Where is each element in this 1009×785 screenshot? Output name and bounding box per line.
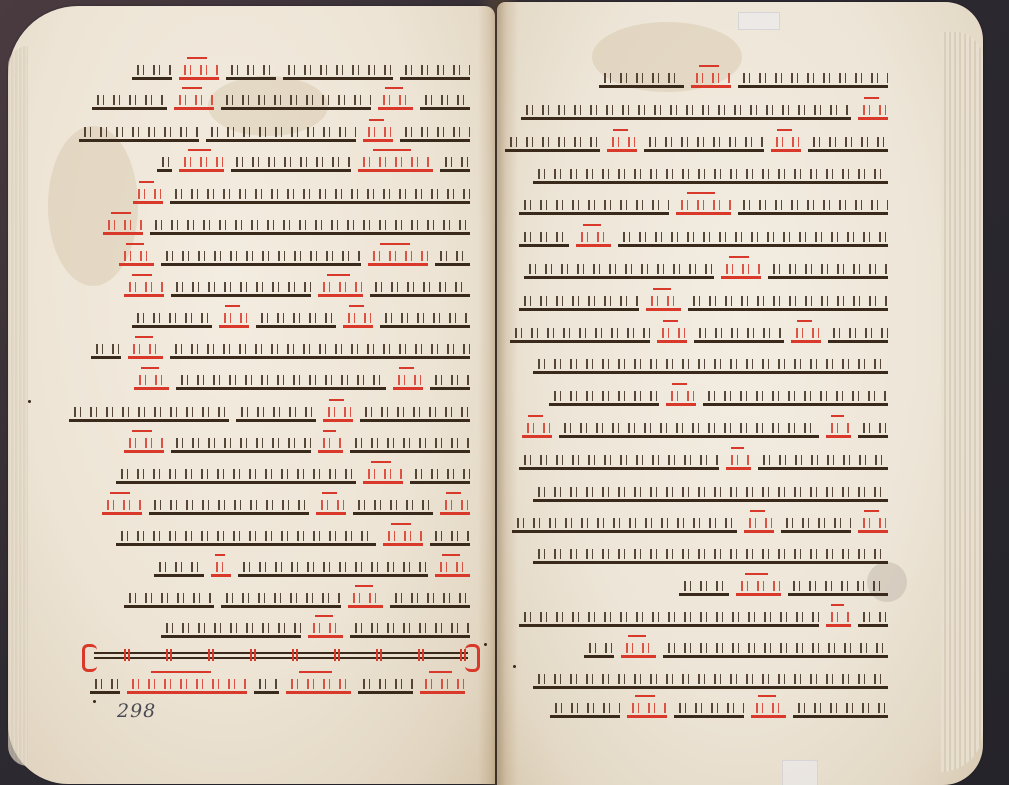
script-word [521,103,851,120]
rubric-word [691,71,731,88]
script-word [350,436,470,453]
rubric-word [621,641,656,658]
rubric-word [435,560,470,577]
rubric-word [124,280,164,297]
manuscript-line [119,244,470,266]
rubric-word [383,529,423,546]
script-word [768,262,888,279]
script-word [149,498,309,515]
script-word [238,560,428,577]
script-word [154,560,204,577]
script-word [858,610,888,627]
manuscript-line [124,586,470,608]
script-word [549,389,659,406]
ornamental-band [82,646,480,664]
script-word [360,405,470,422]
rubric-word [627,701,667,718]
script-word [738,198,888,215]
script-word [116,467,356,484]
script-word [380,311,470,328]
script-word [519,610,819,627]
manuscript-line [522,416,888,438]
script-word [254,677,279,694]
manuscript-line [512,511,888,533]
script-word [370,280,470,297]
rubric-word [646,294,681,311]
script-word [858,421,888,438]
script-word [90,677,120,694]
rubric-word [133,187,163,204]
gutter [478,0,518,785]
script-word [231,155,351,172]
script-word [124,591,214,608]
script-word [226,63,276,80]
script-word [550,701,620,718]
script-word [400,125,470,142]
script-word [533,357,888,374]
manuscript-line [533,480,888,502]
manuscript-line [79,120,470,142]
manuscript-line [519,289,888,311]
manuscript-line [132,306,470,328]
script-word [510,326,650,343]
script-word [350,621,470,638]
script-word [533,672,888,689]
rubric-word [179,63,219,80]
manuscript-line [519,605,888,627]
manuscript-line [519,193,888,215]
script-word [170,187,470,204]
rubric-word [368,249,428,266]
manuscript-line [533,542,888,564]
script-word [679,579,729,596]
rubric-word [420,677,465,694]
manuscript-line [69,400,470,422]
script-word [430,529,470,546]
manuscript-line [102,493,470,515]
manuscript-line [533,162,888,184]
script-word [533,547,888,564]
script-word [644,135,764,152]
script-word [206,125,356,142]
speck [484,643,487,646]
right-page-edge-stack [941,32,983,772]
rubric-word [316,498,346,515]
ornament-ticks [94,649,468,661]
rubric-word [343,311,373,328]
manuscript-line [549,384,888,406]
closing-rubric-line [90,672,465,694]
speck [93,700,96,703]
rubric-word [363,125,393,142]
rubric-word [286,677,351,694]
rubric-word [323,405,353,422]
rubric-word [744,516,774,533]
manuscript-line [154,555,470,577]
rubric-word [607,135,637,152]
manuscript-line [92,88,470,110]
script-word [519,198,669,215]
script-word [674,701,744,718]
script-word [524,262,714,279]
script-word [420,93,470,110]
script-word [283,63,393,80]
rubric-word [771,135,801,152]
manuscript-line [132,58,470,80]
rubric-word [308,621,343,638]
left-page-edge-stack [8,46,28,766]
manuscript-line [103,213,470,235]
rubric-word [666,389,696,406]
script-word [505,135,600,152]
rubric-word [858,103,888,120]
manuscript-line [161,616,470,638]
rubric-word [318,280,363,297]
manuscript-line [510,321,888,343]
script-word [703,389,888,406]
script-word [256,311,336,328]
script-word [788,579,888,596]
script-word [132,311,212,328]
script-word [828,326,888,343]
script-word [161,621,301,638]
manuscript-line [519,448,888,470]
script-word [519,453,719,470]
rubric-word [522,421,552,438]
rubric-word [103,218,143,235]
manuscript-line [533,352,888,374]
rubric-word [393,373,423,390]
script-word [221,93,371,110]
rubric-word [127,677,247,694]
script-word [519,294,639,311]
script-word [440,155,470,172]
manuscript-line [533,667,888,689]
rubric-word [826,610,851,627]
script-word [793,701,888,718]
rubric-word [102,498,142,515]
rubric-word [576,230,611,247]
mounting-tab [738,12,780,30]
script-word [758,453,888,470]
manuscript-line [550,696,888,718]
script-word [358,677,413,694]
script-word [400,63,470,80]
script-word [599,71,684,88]
script-word [584,641,614,658]
script-word [132,63,172,80]
rubric-word [736,579,781,596]
script-word [430,373,470,390]
rubric-word [751,701,786,718]
rubric-word [826,421,851,438]
rubric-word [318,436,343,453]
script-word [618,230,888,247]
script-word [176,373,386,390]
manuscript-line [679,574,888,596]
script-word [79,125,199,142]
ornament-flourish-right [465,644,480,672]
script-word [808,135,888,152]
rubric-word [791,326,821,343]
script-word [781,516,851,533]
speck [513,665,516,668]
rubric-word [358,155,433,172]
mounting-tab [782,760,818,785]
rubric-word [676,198,731,215]
rubric-word [657,326,687,343]
rubric-word [440,498,470,515]
script-word [533,485,888,502]
manuscript-line [116,462,470,484]
rubric-word [211,560,231,577]
rubric-word [134,373,169,390]
script-word [559,421,819,438]
rubric-word [363,467,403,484]
script-word [221,591,341,608]
script-word [116,529,376,546]
manuscript-line [116,524,470,546]
manuscript-line [124,431,470,453]
script-word [92,93,167,110]
script-word [688,294,888,311]
manuscript-line [157,150,470,172]
rubric-word [124,436,164,453]
rubric-word [726,453,751,470]
script-word [171,280,311,297]
manuscript-line [133,182,470,204]
script-word [435,249,470,266]
manuscript-line [524,257,888,279]
script-word [91,342,121,359]
manuscript-line [599,66,888,88]
script-word [236,405,316,422]
script-word [150,218,470,235]
script-word [694,326,784,343]
script-word [663,641,888,658]
script-word [170,342,470,359]
rubric-word [128,342,163,359]
script-word [410,467,470,484]
manuscript-line [91,337,470,359]
rubric-word [119,249,154,266]
rubric-word [378,93,413,110]
script-word [533,167,888,184]
folio-number: 298 [117,700,156,722]
rubric-word [219,311,249,328]
manuscript-line [124,275,470,297]
rubric-word [858,516,888,533]
rubric-word [348,591,383,608]
manuscript-line [134,368,470,390]
script-word [519,230,569,247]
script-word [738,71,888,88]
rubric-word [721,262,761,279]
manuscript-line [519,225,888,247]
manuscript-line [584,636,888,658]
manuscript-line [521,98,888,120]
manuscript-line [505,130,888,152]
speck [28,400,31,403]
rubric-word [179,155,224,172]
script-word [353,498,433,515]
script-word [390,591,470,608]
rubric-word [174,93,214,110]
script-word [69,405,229,422]
script-word [171,436,311,453]
script-word [161,249,361,266]
script-word [157,155,172,172]
script-word [512,516,737,533]
